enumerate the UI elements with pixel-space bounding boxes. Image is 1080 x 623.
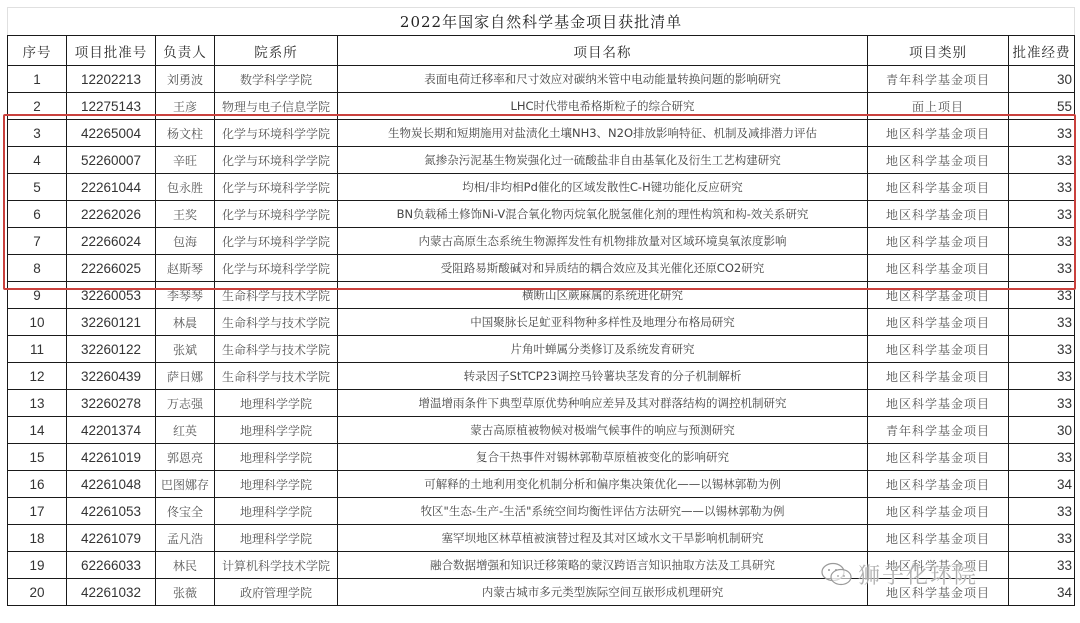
approval-table: 2022年国家自然科学基金项目获批清单 序号 项目批准号 负责人 院系所 项目名…	[7, 7, 1075, 606]
table-row: 822266025赵斯琴化学与环境科学学院受阻路易斯酸碱对和异质结的耦合效应及其…	[8, 255, 1075, 282]
cell-department: 地理科学学院	[215, 471, 338, 498]
cell-project-id: 32260439	[67, 363, 156, 390]
cell-person: 杨文柱	[156, 120, 215, 147]
cell-project-id: 12275143	[67, 93, 156, 120]
cell-funding: 30	[1009, 417, 1075, 444]
table-row: 932260053李琴琴生命科学与技术学院横断山区蕨麻属的系统进化研究地区科学基…	[8, 282, 1075, 309]
cell-project-id: 32260122	[67, 336, 156, 363]
cell-project-name: BN负载稀土修饰Ni-V混合氧化物丙烷氧化脱氢催化剂的理性构筑和构-效关系研究	[338, 201, 868, 228]
cell-index: 15	[8, 444, 67, 471]
cell-project-id: 42201374	[67, 417, 156, 444]
cell-project-name: 片角叶蝉属分类修订及系统发育研究	[338, 336, 868, 363]
cell-person: 萨日娜	[156, 363, 215, 390]
header-project-name: 项目名称	[338, 36, 868, 66]
cell-funding: 33	[1009, 120, 1075, 147]
cell-person: 林晨	[156, 309, 215, 336]
cell-index: 11	[8, 336, 67, 363]
cell-project-name: 可解释的土地利用变化机制分析和偏序集决策优化——以锡林郭勒为例	[338, 471, 868, 498]
cell-category: 地区科学基金项目	[868, 255, 1009, 282]
header-category: 项目类别	[868, 36, 1009, 66]
table-row: 1332260278万志强地理科学学院增温增雨条件下典型草原优势种响应差异及其对…	[8, 390, 1075, 417]
cell-index: 8	[8, 255, 67, 282]
cell-department: 地理科学学院	[215, 525, 338, 552]
cell-category: 青年科学基金项目	[868, 417, 1009, 444]
cell-person: 包海	[156, 228, 215, 255]
table-row: 342265004杨文柱化学与环境科学学院生物炭长期和短期施用对盐渍化土壤NH3…	[8, 120, 1075, 147]
cell-person: 孟凡浩	[156, 525, 215, 552]
cell-department: 计算机科学技术学院	[215, 552, 338, 579]
cell-project-name: 牧区"生态-生产-生活"系统空间均衡性评估方法研究——以锡林郭勒为例	[338, 498, 868, 525]
cell-person: 佟宝全	[156, 498, 215, 525]
table-row: 1132260122张斌生命科学与技术学院片角叶蝉属分类修订及系统发育研究地区科…	[8, 336, 1075, 363]
cell-project-id: 42261053	[67, 498, 156, 525]
table-row: 622262026王奖化学与环境科学学院BN负载稀土修饰Ni-V混合氧化物丙烷氧…	[8, 201, 1075, 228]
cell-person: 红英	[156, 417, 215, 444]
cell-person: 巴图娜存	[156, 471, 215, 498]
cell-department: 地理科学学院	[215, 444, 338, 471]
cell-person: 万志强	[156, 390, 215, 417]
cell-index: 17	[8, 498, 67, 525]
cell-category: 地区科学基金项目	[868, 282, 1009, 309]
cell-project-name: 内蒙古高原生态系统生物源挥发性有机物排放量对区域环境臭氧浓度影响	[338, 228, 868, 255]
cell-index: 13	[8, 390, 67, 417]
cell-department: 政府管理学院	[215, 579, 338, 606]
cell-category: 地区科学基金项目	[868, 174, 1009, 201]
table-row: 1742261053佟宝全地理科学学院牧区"生态-生产-生活"系统空间均衡性评估…	[8, 498, 1075, 525]
cell-project-name: 氮掺杂污泥基生物炭强化过一硫酸盐非自由基氧化及衍生工艺构建研究	[338, 147, 868, 174]
cell-funding: 33	[1009, 282, 1075, 309]
cell-category: 地区科学基金项目	[868, 579, 1009, 606]
cell-funding: 33	[1009, 525, 1075, 552]
cell-funding: 33	[1009, 228, 1075, 255]
cell-category: 地区科学基金项目	[868, 444, 1009, 471]
cell-project-name: 生物炭长期和短期施用对盐渍化土壤NH3、N2O排放影响特征、机制及减排潜力评估	[338, 120, 868, 147]
cell-person: 郭恩亮	[156, 444, 215, 471]
cell-category: 地区科学基金项目	[868, 498, 1009, 525]
cell-index: 6	[8, 201, 67, 228]
cell-funding: 33	[1009, 498, 1075, 525]
cell-project-id: 22266024	[67, 228, 156, 255]
cell-index: 1	[8, 66, 67, 93]
table-row: 112202213刘勇波数学科学学院表面电荷迁移率和尺寸效应对碳纳米管中电动能量…	[8, 66, 1075, 93]
cell-project-name: 塞罕坝地区林草植被演替过程及其对区域水文干旱影响机制研究	[338, 525, 868, 552]
cell-project-id: 22262026	[67, 201, 156, 228]
cell-project-id: 12202213	[67, 66, 156, 93]
cell-person: 张薇	[156, 579, 215, 606]
header-funding: 批准经费	[1009, 36, 1075, 66]
cell-category: 地区科学基金项目	[868, 471, 1009, 498]
cell-project-name: 均相/非均相Pd催化的区域发散性C-H键功能化反应研究	[338, 174, 868, 201]
cell-funding: 33	[1009, 363, 1075, 390]
cell-index: 20	[8, 579, 67, 606]
cell-funding: 33	[1009, 336, 1075, 363]
cell-department: 化学与环境科学学院	[215, 120, 338, 147]
cell-person: 张斌	[156, 336, 215, 363]
cell-funding: 33	[1009, 309, 1075, 336]
cell-project-id: 42261032	[67, 579, 156, 606]
cell-index: 3	[8, 120, 67, 147]
cell-project-id: 32260053	[67, 282, 156, 309]
cell-project-id: 42261019	[67, 444, 156, 471]
cell-project-name: 横断山区蕨麻属的系统进化研究	[338, 282, 868, 309]
cell-department: 地理科学学院	[215, 390, 338, 417]
cell-project-name: 表面电荷迁移率和尺寸效应对碳纳米管中电动能量转换问题的影响研究	[338, 66, 868, 93]
table-row: 722266024包海化学与环境科学学院内蒙古高原生态系统生物源挥发性有机物排放…	[8, 228, 1075, 255]
cell-index: 2	[8, 93, 67, 120]
cell-project-name: LHC时代带电希格斯粒子的综合研究	[338, 93, 868, 120]
cell-department: 数学科学学院	[215, 66, 338, 93]
table-row: 1642261048巴图娜存地理科学学院可解释的土地利用变化机制分析和偏序集决策…	[8, 471, 1075, 498]
cell-project-name: 内蒙古城市多元类型族际空间互嵌形成机理研究	[338, 579, 868, 606]
cell-index: 4	[8, 147, 67, 174]
cell-category: 地区科学基金项目	[868, 390, 1009, 417]
cell-category: 地区科学基金项目	[868, 120, 1009, 147]
cell-funding: 33	[1009, 552, 1075, 579]
table-row: 1962266033林民计算机科学技术学院融合数据增强和知识迁移策略的蒙汉跨语言…	[8, 552, 1075, 579]
cell-project-name: 转录因子StTCP23调控马铃薯块茎发育的分子机制解析	[338, 363, 868, 390]
cell-project-name: 融合数据增强和知识迁移策略的蒙汉跨语言知识抽取方法及工具研究	[338, 552, 868, 579]
cell-index: 12	[8, 363, 67, 390]
cell-department: 生命科学与技术学院	[215, 309, 338, 336]
table-header-row: 序号 项目批准号 负责人 院系所 项目名称 项目类别 批准经费	[8, 36, 1075, 66]
table-row: 522261044包永胜化学与环境科学学院均相/非均相Pd催化的区域发散性C-H…	[8, 174, 1075, 201]
cell-index: 10	[8, 309, 67, 336]
cell-person: 包永胜	[156, 174, 215, 201]
cell-funding: 30	[1009, 66, 1075, 93]
cell-department: 化学与环境科学学院	[215, 201, 338, 228]
cell-person: 刘勇波	[156, 66, 215, 93]
cell-index: 18	[8, 525, 67, 552]
cell-index: 14	[8, 417, 67, 444]
cell-project-name: 增温增雨条件下典型草原优势种响应差异及其对群落结构的调控机制研究	[338, 390, 868, 417]
cell-category: 地区科学基金项目	[868, 525, 1009, 552]
header-index: 序号	[8, 36, 67, 66]
cell-project-id: 32260121	[67, 309, 156, 336]
table-row: 2042261032张薇政府管理学院内蒙古城市多元类型族际空间互嵌形成机理研究地…	[8, 579, 1075, 606]
table-row: 1842261079孟凡浩地理科学学院塞罕坝地区林草植被演替过程及其对区域水文干…	[8, 525, 1075, 552]
header-person: 负责人	[156, 36, 215, 66]
cell-project-id: 22266025	[67, 255, 156, 282]
cell-index: 9	[8, 282, 67, 309]
cell-department: 地理科学学院	[215, 498, 338, 525]
cell-index: 19	[8, 552, 67, 579]
cell-category: 地区科学基金项目	[868, 147, 1009, 174]
cell-project-name: 中国聚脉长足虻亚科物种多样性及地理分布格局研究	[338, 309, 868, 336]
approval-list-sheet: 2022年国家自然科学基金项目获批清单 序号 项目批准号 负责人 院系所 项目名…	[7, 7, 1074, 606]
cell-funding: 55	[1009, 93, 1075, 120]
table-row: 1442201374红英地理科学学院蒙古高原植被物候对极端气候事件的响应与预测研…	[8, 417, 1075, 444]
cell-project-name: 受阻路易斯酸碱对和异质结的耦合效应及其光催化还原CO2研究	[338, 255, 868, 282]
cell-department: 化学与环境科学学院	[215, 147, 338, 174]
cell-project-id: 22261044	[67, 174, 156, 201]
cell-person: 林民	[156, 552, 215, 579]
cell-funding: 33	[1009, 255, 1075, 282]
table-title-row: 2022年国家自然科学基金项目获批清单	[8, 8, 1075, 36]
table-row: 452260007辛旺化学与环境科学学院氮掺杂污泥基生物炭强化过一硫酸盐非自由基…	[8, 147, 1075, 174]
cell-funding: 33	[1009, 444, 1075, 471]
cell-department: 物理与电子信息学院	[215, 93, 338, 120]
cell-department: 生命科学与技术学院	[215, 282, 338, 309]
cell-funding: 33	[1009, 390, 1075, 417]
cell-category: 地区科学基金项目	[868, 552, 1009, 579]
cell-category: 面上项目	[868, 93, 1009, 120]
cell-category: 地区科学基金项目	[868, 363, 1009, 390]
cell-project-id: 42261079	[67, 525, 156, 552]
cell-funding: 34	[1009, 579, 1075, 606]
cell-person: 王奖	[156, 201, 215, 228]
cell-department: 生命科学与技术学院	[215, 363, 338, 390]
cell-department: 化学与环境科学学院	[215, 228, 338, 255]
cell-category: 地区科学基金项目	[868, 201, 1009, 228]
cell-person: 李琴琴	[156, 282, 215, 309]
table-row: 1032260121林晨生命科学与技术学院中国聚脉长足虻亚科物种多样性及地理分布…	[8, 309, 1075, 336]
cell-category: 地区科学基金项目	[868, 336, 1009, 363]
cell-index: 5	[8, 174, 67, 201]
header-department: 院系所	[215, 36, 338, 66]
cell-department: 生命科学与技术学院	[215, 336, 338, 363]
cell-person: 辛旺	[156, 147, 215, 174]
cell-category: 地区科学基金项目	[868, 309, 1009, 336]
table-title: 2022年国家自然科学基金项目获批清单	[8, 8, 1075, 36]
cell-project-id: 42265004	[67, 120, 156, 147]
cell-department: 化学与环境科学学院	[215, 174, 338, 201]
cell-department: 地理科学学院	[215, 417, 338, 444]
cell-person: 王彦	[156, 93, 215, 120]
cell-index: 16	[8, 471, 67, 498]
cell-department: 化学与环境科学学院	[215, 255, 338, 282]
cell-category: 地区科学基金项目	[868, 228, 1009, 255]
cell-funding: 33	[1009, 147, 1075, 174]
cell-funding: 33	[1009, 201, 1075, 228]
cell-person: 赵斯琴	[156, 255, 215, 282]
cell-project-id: 62266033	[67, 552, 156, 579]
table-row: 212275143王彦物理与电子信息学院LHC时代带电希格斯粒子的综合研究面上项…	[8, 93, 1075, 120]
cell-index: 7	[8, 228, 67, 255]
cell-project-id: 42261048	[67, 471, 156, 498]
cell-project-name: 蒙古高原植被物候对极端气候事件的响应与预测研究	[338, 417, 868, 444]
cell-project-id: 52260007	[67, 147, 156, 174]
cell-project-id: 32260278	[67, 390, 156, 417]
header-project-id: 项目批准号	[67, 36, 156, 66]
table-row: 1542261019郭恩亮地理科学学院复合干热事件对锡林郭勒草原植被变化的影响研…	[8, 444, 1075, 471]
cell-funding: 34	[1009, 471, 1075, 498]
cell-funding: 33	[1009, 174, 1075, 201]
cell-project-name: 复合干热事件对锡林郭勒草原植被变化的影响研究	[338, 444, 868, 471]
table-row: 1232260439萨日娜生命科学与技术学院转录因子StTCP23调控马铃薯块茎…	[8, 363, 1075, 390]
cell-category: 青年科学基金项目	[868, 66, 1009, 93]
